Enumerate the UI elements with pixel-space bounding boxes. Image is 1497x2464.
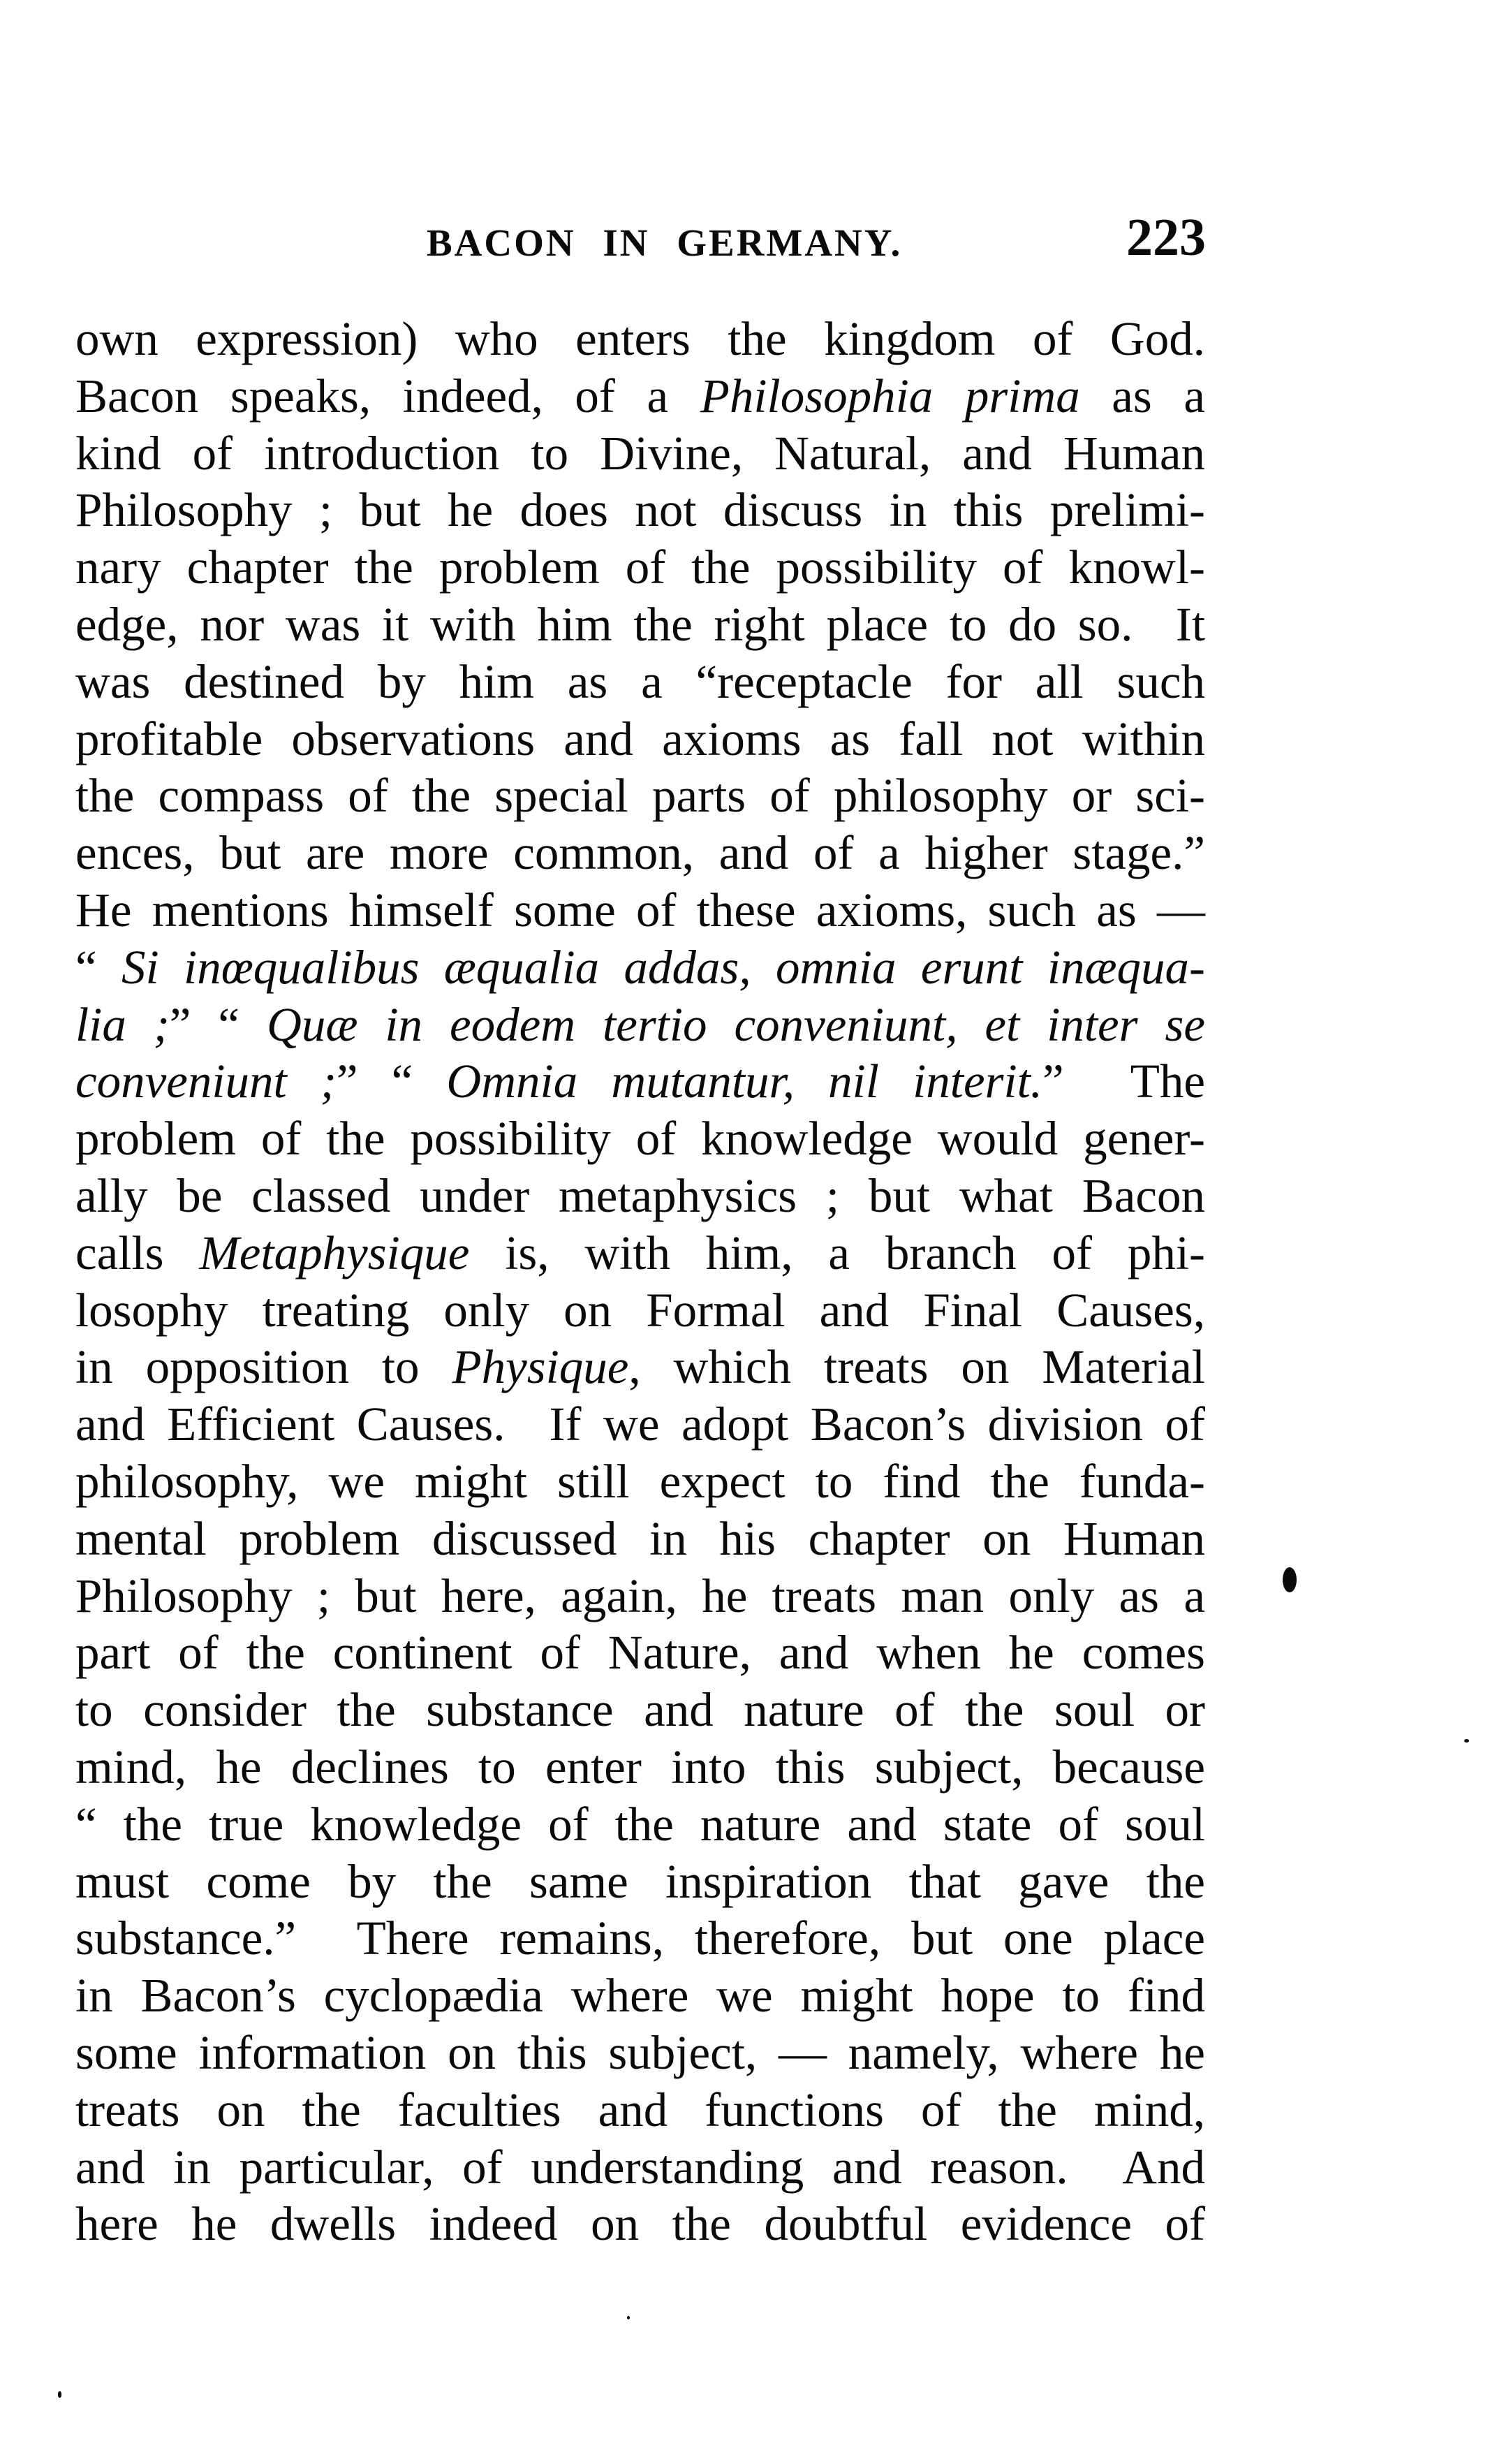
text-line: in opposition to Physique, which treats … <box>75 1338 1205 1395</box>
italic-text: Metaphysique <box>199 1226 469 1279</box>
text-segment: some information on this subject, — name… <box>75 2026 1205 2079</box>
text-segment: philosophy, we might still expect to fin… <box>75 1455 1205 1508</box>
text-line: substance.” There remains, therefore, bu… <box>75 1909 1205 1967</box>
text-segment: Bacon speaks, indeed, of a <box>75 369 700 423</box>
italic-text: Omnia mutantur, nil interit. <box>446 1055 1042 1108</box>
text-segment: ences, but are more common, and of a hig… <box>75 826 1205 879</box>
text-line: Philosophy ; but here, again, he treats … <box>75 1567 1205 1625</box>
text-segment: ” “ <box>337 1055 447 1108</box>
text-segment: , which treats on Material <box>628 1340 1205 1393</box>
text-line: lia ;” “ Quæ in eodem tertio conveniunt,… <box>75 996 1205 1053</box>
text-line: ences, but are more common, and of a hig… <box>75 824 1205 881</box>
speck-bottom-left <box>58 2391 61 2398</box>
text-segment: losophy treating only on Formal and Fina… <box>75 1284 1205 1337</box>
text-line: Philosophy ; but he does not discuss in … <box>75 481 1205 538</box>
text-segment: part of the continent of Nature, and whe… <box>75 1626 1205 1679</box>
text-segment: is, with him, a branch of phi- <box>469 1226 1205 1279</box>
text-line: in Bacon’s cyclopædia where we might hop… <box>75 1967 1205 2024</box>
text-segment: He mentions himself some of these axioms… <box>75 883 1205 937</box>
text-line: kind of introduction to Divine, Natural,… <box>75 425 1205 482</box>
text-segment: mind, he declines to enter into this sub… <box>75 1740 1205 1794</box>
text-line: Bacon speaks, indeed, of a Philosophia p… <box>75 367 1205 425</box>
text-line: nary chapter the problem of the possibil… <box>75 538 1205 596</box>
speck-margin-right <box>1464 1739 1469 1743</box>
running-title: BACON IN GERMANY. <box>427 222 902 264</box>
text-segment: nary chapter the problem of the possibil… <box>75 541 1205 594</box>
italic-text: Philosophia prima <box>700 369 1080 423</box>
text-segment: substance.” There remains, therefore, bu… <box>75 1912 1205 1965</box>
text-line: and Efficient Causes. If we adopt Bacon’… <box>75 1395 1205 1453</box>
text-segment: in Bacon’s cyclopædia where we might hop… <box>75 1969 1205 2022</box>
text-segment: calls <box>75 1226 199 1279</box>
text-segment: Philosophy ; but he does not discuss in … <box>75 483 1205 536</box>
ink-blot-margin <box>1283 1567 1297 1592</box>
text-line: losophy treating only on Formal and Fina… <box>75 1282 1205 1339</box>
text-line: treats on the faculties and functions of… <box>75 2081 1205 2139</box>
text-line: part of the continent of Nature, and whe… <box>75 1624 1205 1681</box>
text-line: was destined by him as a “receptacle for… <box>75 653 1205 710</box>
page-number: 223 <box>1126 211 1206 264</box>
text-segment: edge, nor was it with him the right plac… <box>75 598 1205 651</box>
text-segment: mental problem discussed in his chapter … <box>75 1512 1205 1565</box>
text-segment: the compass of the special parts of phil… <box>75 769 1205 822</box>
text-line: problem of the possibility of knowledge … <box>75 1110 1205 1167</box>
text-segment: must come by the same inspiration that g… <box>75 1855 1205 1908</box>
text-segment: own expression) who enters the kingdom o… <box>75 312 1205 365</box>
text-line: He mentions himself some of these axioms… <box>75 881 1205 939</box>
text-line: the compass of the special parts of phil… <box>75 767 1205 824</box>
text-segment: “ <box>75 941 121 994</box>
italic-text: Physique <box>452 1340 628 1393</box>
text-line: to consider the substance and nature of … <box>75 1681 1205 1738</box>
text-line: mental problem discussed in his chapter … <box>75 1510 1205 1567</box>
book-page: BACON IN GERMANY. 223 own expression) wh… <box>0 0 1497 2464</box>
text-segment: kind of introduction to Divine, Natural,… <box>75 427 1205 480</box>
text-line: some information on this subject, — name… <box>75 2024 1205 2081</box>
text-segment: ” The <box>1042 1055 1205 1108</box>
text-segment: and Efficient Causes. If we adopt Bacon’… <box>75 1398 1205 1451</box>
speck-bottom-center <box>627 2316 630 2319</box>
text-segment: ” “ <box>170 998 267 1051</box>
italic-text: conveniunt ; <box>75 1055 337 1108</box>
text-segment: Philosophy ; but here, again, he treats … <box>75 1569 1205 1622</box>
text-line: ally be classed under metaphysics ; but … <box>75 1167 1205 1224</box>
text-line: must come by the same inspiration that g… <box>75 1853 1205 1910</box>
text-line: own expression) who enters the kingdom o… <box>75 310 1205 367</box>
italic-text: lia ; <box>75 998 170 1051</box>
text-line: conveniunt ;” “ Omnia mutantur, nil inte… <box>75 1053 1205 1110</box>
text-line: calls Metaphysique is, with him, a branc… <box>75 1224 1205 1282</box>
text-line: and in particular, of understanding and … <box>75 2139 1205 2196</box>
text-segment: was destined by him as a “receptacle for… <box>75 655 1205 708</box>
text-line: edge, nor was it with him the right plac… <box>75 596 1205 653</box>
text-segment: in opposition to <box>75 1340 452 1393</box>
text-segment: here he dwells indeed on the doubtful ev… <box>75 2197 1205 2250</box>
text-line: mind, he declines to enter into this sub… <box>75 1738 1205 1796</box>
italic-text: Quæ in eodem tertio conveniunt, et inter… <box>267 998 1205 1051</box>
italic-text: Si inœqualibus æqualia addas, omnia erun… <box>121 941 1205 994</box>
text-line: philosophy, we might still expect to fin… <box>75 1453 1205 1510</box>
text-segment: and in particular, of understanding and … <box>75 2141 1205 2194</box>
text-segment: ally be classed under metaphysics ; but … <box>75 1169 1205 1222</box>
text-line: “ the true knowledge of the nature and s… <box>75 1796 1205 1853</box>
text-line: profitable observations and axioms as fa… <box>75 710 1205 768</box>
text-line: “ Si inœqualibus æqualia addas, omnia er… <box>75 939 1205 996</box>
text-segment: problem of the possibility of knowledge … <box>75 1112 1205 1165</box>
text-segment: “ the true knowledge of the nature and s… <box>75 1798 1205 1851</box>
text-segment: profitable observations and axioms as fa… <box>75 712 1205 765</box>
text-segment: to consider the substance and nature of … <box>75 1683 1205 1736</box>
text-segment: treats on the faculties and functions of… <box>75 2083 1205 2136</box>
running-head: BACON IN GERMANY. 223 <box>0 0 1497 279</box>
text-line: here he dwells indeed on the doubtful ev… <box>75 2195 1205 2252</box>
text-segment: as a <box>1080 369 1205 423</box>
